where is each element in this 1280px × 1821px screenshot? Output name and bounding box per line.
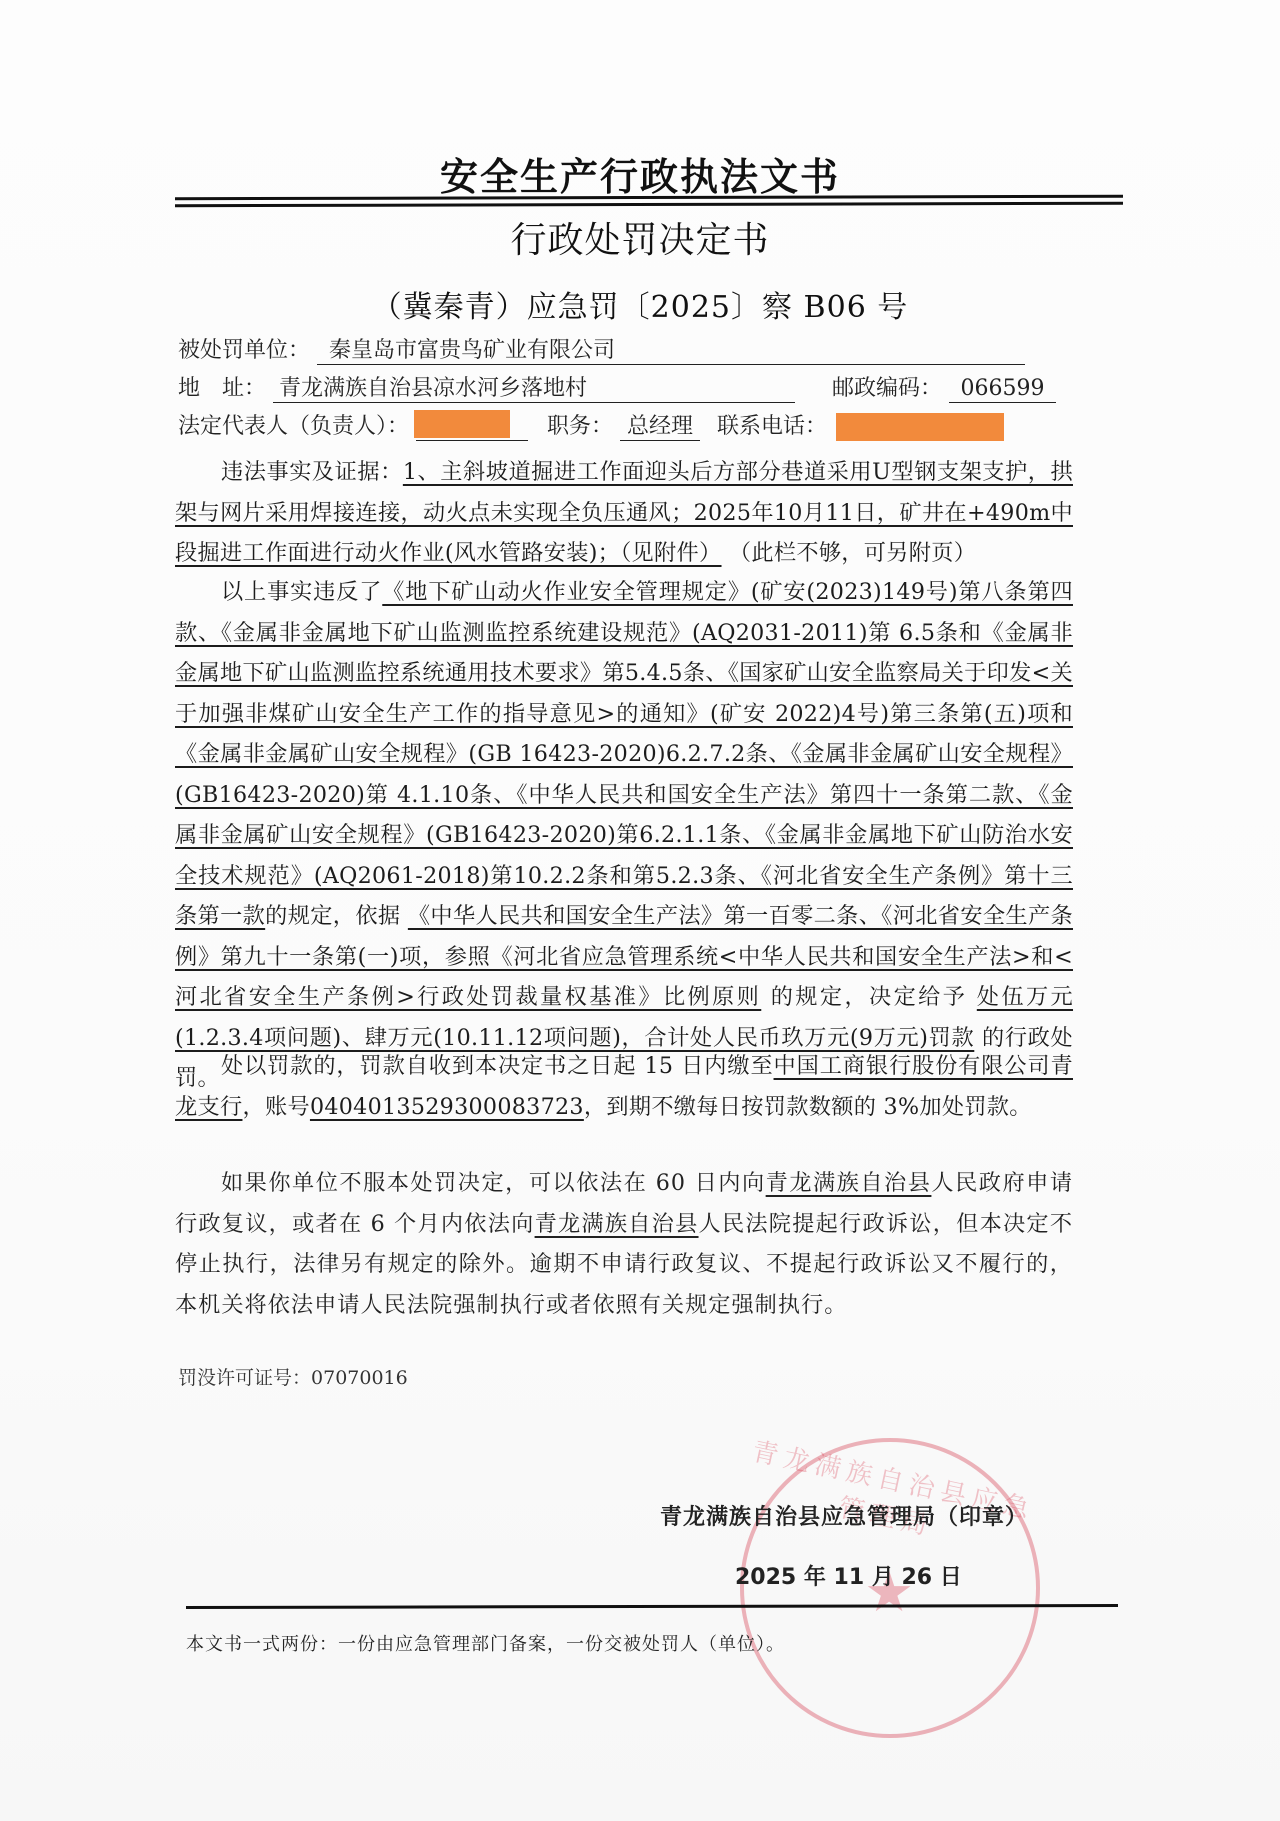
issue-date: 2025 年 11 月 26 日 (735, 1560, 962, 1591)
position-value: 总经理 (620, 414, 700, 441)
permit-number-row: 罚没许可证号：07070016 (178, 1363, 408, 1390)
payment-lead: 处以罚款的，罚款自收到本决定书之日起 15 日内缴至 (221, 1053, 774, 1079)
phone-label: 联系电话： (717, 414, 827, 439)
address-value: 青龙满族自治县凉水河乡落地村 (273, 376, 795, 403)
facts-note: （此栏不够，可另附页） (729, 540, 976, 566)
appeal-paragraph: 如果你单位不服本处罚决定，可以依法在 60 日内向青龙满族自治县人民政府申请行政… (175, 1163, 1073, 1325)
copies-note: 本文书一式两份：一份由应急管理部门备案，一份交被处罚人（单位）。 (186, 1630, 785, 1656)
violation-lead: 以上事实违反了 (221, 579, 382, 605)
issuing-authority: 青龙满族自治县应急管理局（印章） (660, 1500, 1028, 1531)
payment-tail: ，到期不缴每日按罚款数额的 3%加处罚款。 (584, 1094, 1032, 1120)
permit-label: 罚没许可证号： (178, 1367, 311, 1389)
postcode-label: 邮政编码： (832, 376, 942, 401)
postcode-value: 066599 (949, 376, 1056, 403)
violation-mid-1: 的规定，依据 (265, 903, 400, 929)
penalized-unit-label: 被处罚单位： (178, 338, 310, 363)
header-double-rule (175, 195, 1123, 207)
violation-mid-2: 的规定，决定给予 (771, 984, 968, 1010)
permit-value: 07070016 (311, 1367, 408, 1389)
document-title: 行政处罚决定书 (0, 212, 1280, 263)
phone-redaction (836, 413, 1004, 441)
penalized-unit-row: 被处罚单位： 秦皇岛市富贵鸟矿业有限公司 (178, 336, 1025, 366)
legal-rep-row: 法定代表人（负责人）： 职务： 总经理 联系电话： (178, 412, 1004, 442)
payment-account-label: ，账号 (242, 1094, 309, 1120)
penalized-unit-value: 秦皇岛市富贵鸟矿业有限公司 (317, 338, 1025, 365)
facts-paragraph: 违法事实及证据：1、主斜坡道掘进工作面迎头后方部分巷道采用U型钢支架支护，拱架与… (175, 452, 1073, 574)
violation-paragraph: 以上事实违反了《地下矿山动火作业安全管理规定》(矿安(2023)149号)第八条… (175, 572, 1073, 1099)
legal-rep-label: 法定代表人（负责人）： (178, 414, 409, 439)
document-number: （冀秦青）应急罚〔2025〕察 B06 号 (0, 282, 1280, 326)
legal-rep-redaction (414, 410, 510, 438)
appeal-gov-county: 青龙满族自治县 (766, 1170, 932, 1196)
stamp-text: 青龙满族自治县应急管理局 (739, 1430, 1040, 1563)
appeal-court-county: 青龙满族自治县 (535, 1211, 699, 1237)
document-series-title: 安全生产行政执法文书 (0, 146, 1280, 201)
position-label: 职务： (547, 414, 613, 439)
payment-paragraph: 处以罚款的，罚款自收到本决定书之日起 15 日内缴至中国工商银行股份有限公司青龙… (175, 1046, 1073, 1127)
footer-rule (186, 1604, 1118, 1609)
appeal-text-1: 如果你单位不服本处罚决定，可以依法在 60 日内向 (221, 1170, 766, 1196)
payment-account-number: 0404013529300083723 (310, 1094, 584, 1120)
violated-regulations: 《地下矿山动火作业安全管理规定》(矿安(2023)149号)第八条第四款、《金属… (175, 579, 1073, 929)
legal-rep-value (416, 414, 528, 441)
address-label: 地 址： (178, 376, 266, 401)
address-row: 地 址： 青龙满族自治县凉水河乡落地村 邮政编码： 066599 (178, 374, 1056, 404)
facts-label: 违法事实及证据： (221, 459, 403, 485)
